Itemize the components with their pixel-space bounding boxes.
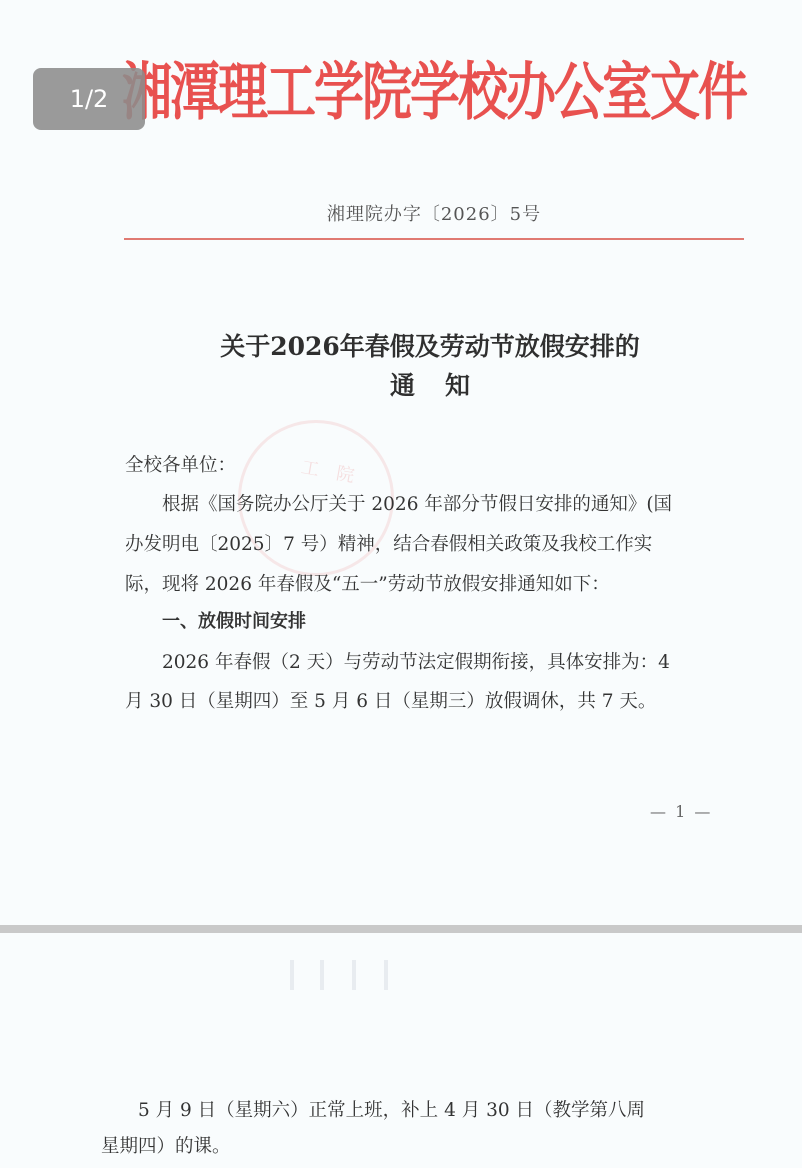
section-heading-1: 一、放假时间安排 [162, 604, 782, 639]
page-separator [0, 925, 802, 933]
document-red-header: 湘潭理工学院学校办公室文件 [122, 42, 746, 142]
document-title-line-2: 通知 [100, 366, 760, 402]
red-divider-rule [124, 238, 744, 240]
page-number: — 1 — [650, 802, 712, 821]
paragraph-1-line-1: 根据《国务院办公厅关于 2026 年部分节假日安排的通知》(国 [162, 487, 782, 522]
page-indicator-badge: 1/2 [33, 68, 145, 130]
paragraph-1-line-3: 际，现将 2026 年春假及“五一”劳动节放假安排通知如下： [125, 567, 745, 602]
document-title-line-1: 关于2026年春假及劳动节放假安排的 [100, 327, 760, 363]
salutation: 全校各单位： [125, 448, 745, 483]
bleed-through-mark [352, 960, 356, 990]
bleed-through-mark [290, 960, 294, 990]
page-2-paragraph-line-2: 星期四）的课。 [101, 1129, 721, 1164]
bleed-through-mark [384, 960, 388, 990]
document-number: 湘理院办字〔2026〕5号 [122, 200, 746, 226]
paragraph-2-line-1: 2026 年春假（2 天）与劳动节法定假期衔接，具体安排为：4 [162, 645, 782, 680]
page-2-paragraph-line-1: 5 月 9 日（星期六）正常上班，补上 4 月 30 日（教学第八周 [138, 1093, 758, 1128]
bleed-through-mark [320, 960, 324, 990]
paragraph-2-line-2: 月 30 日（星期四）至 5 月 6 日（星期三）放假调休，共 7 天。 [125, 684, 745, 719]
paragraph-1-line-2: 办发明电〔2025〕7 号）精神，结合春假相关政策及我校工作实 [125, 527, 745, 562]
